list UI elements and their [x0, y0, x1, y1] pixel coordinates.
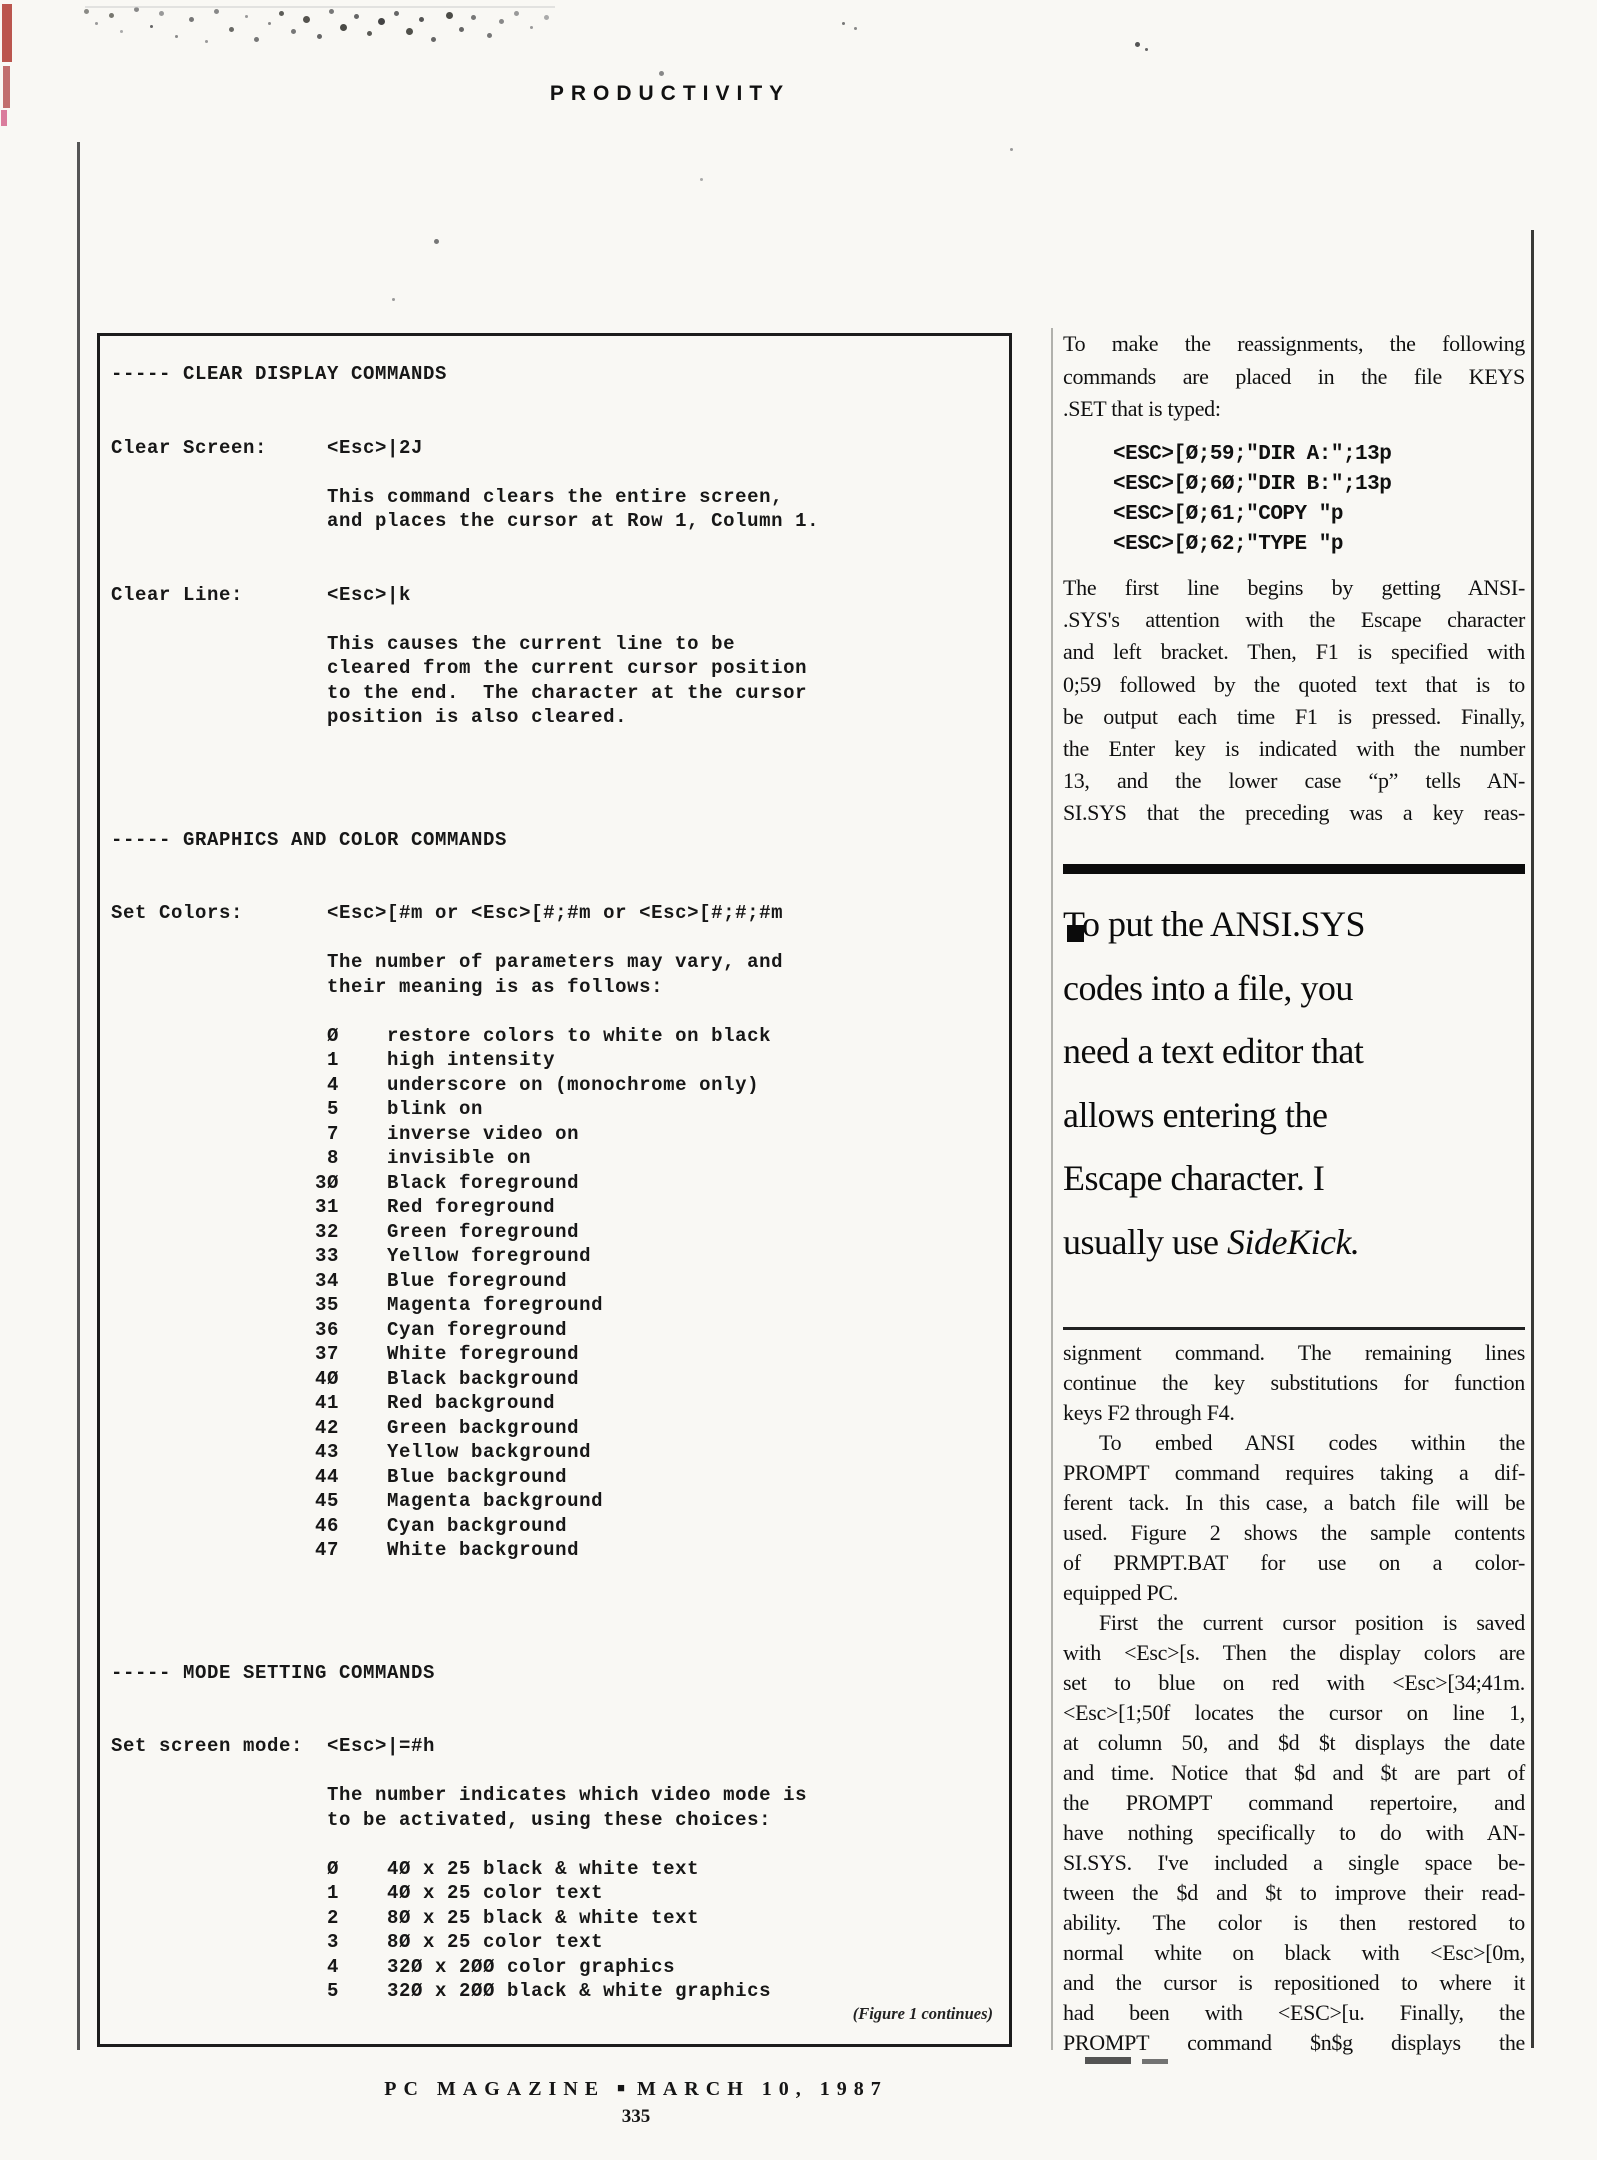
- pull-quote-bottom-rule: [1063, 1327, 1525, 1330]
- paragraph-cursor-position: First the current cursor position is sav…: [1063, 1608, 1525, 2058]
- text-line: normal white on black with <Esc>[0m,: [1063, 1938, 1525, 1968]
- text-line: keys F2 through F4.: [1063, 1398, 1525, 1428]
- scan-smudge: [1085, 2057, 1131, 2064]
- text-line: commands are placed in the file KEYS: [1063, 361, 1525, 394]
- text-line: 0;59 followed by the quoted text that is…: [1063, 669, 1525, 701]
- text-line: and the cursor is repositioned to where …: [1063, 1968, 1525, 1998]
- text-line: <ESC>[Ø;59;"DIR A:";13p: [1113, 440, 1525, 470]
- text-line: the Enter key is indicated with the numb…: [1063, 733, 1525, 765]
- text-line: continue the key substitutions for funct…: [1063, 1368, 1525, 1398]
- text-line: 13, and the lower case “p” tells AN-: [1063, 765, 1525, 797]
- text-line: <ESC>[Ø;61;"COPY "p: [1113, 500, 1525, 530]
- scan-top-hairline: [85, 6, 555, 8]
- text-line: ability. The color is then restored to: [1063, 1908, 1525, 1938]
- text-line: set to blue on red with <Esc>[34;41m.: [1063, 1668, 1525, 1698]
- figure-1-listing: ----- CLEAR DISPLAY COMMANDS Clear Scree…: [111, 362, 819, 2004]
- text-line: equipped PC.: [1063, 1578, 1525, 1608]
- pull-quote-text: usually use: [1063, 1222, 1227, 1262]
- pull-quote-line: usually use SideKick.: [1063, 1211, 1531, 1275]
- right-margin-rule: [1531, 230, 1534, 2048]
- quote-square-icon: [1067, 925, 1084, 942]
- paragraph-embed-ansi: To embed ANSI codes within thePROMPT com…: [1063, 1428, 1525, 1608]
- scan-red-mark: [2, 4, 12, 62]
- scan-red-mark: [1, 110, 7, 126]
- text-line: at column 50, and $d $t displays the dat…: [1063, 1728, 1525, 1758]
- pull-quote-line: need a text editor that: [1063, 1020, 1531, 1084]
- footer-magazine-name: PC MAGAZINE: [384, 2078, 605, 2100]
- text-line: First the current cursor position is sav…: [1063, 1608, 1525, 1638]
- text-line: ferent tack. In this case, a batch file …: [1063, 1488, 1525, 1518]
- text-line: .SYS's attention with the Escape charact…: [1063, 604, 1525, 636]
- text-line: PROMPT command $n$g displays the: [1063, 2028, 1525, 2058]
- text-line: To make the reassignments, the following: [1063, 328, 1525, 361]
- pull-quote-line: To put the ANSI.SYS: [1063, 893, 1531, 957]
- pull-quote-top-rule: [1063, 864, 1525, 874]
- text-line: SI.SYS. I've included a single space be-: [1063, 1848, 1525, 1878]
- paragraph-intro: To make the reassignments, the following…: [1063, 328, 1525, 426]
- figure-1-box: ----- CLEAR DISPLAY COMMANDS Clear Scree…: [97, 333, 1012, 2047]
- text-line: <Esc>[1;50f locates the cursor on line 1…: [1063, 1698, 1525, 1728]
- magazine-page: PRODUCTIVITY ----- CLEAR DISPLAY COMMAND…: [0, 0, 1597, 2160]
- text-line: To embed ANSI codes within the: [1063, 1428, 1525, 1458]
- text-line: have nothing specifically to do with AN-: [1063, 1818, 1525, 1848]
- text-line: <ESC>[Ø;62;"TYPE "p: [1113, 530, 1525, 560]
- pull-quote-line: codes into a file, you: [1063, 957, 1531, 1021]
- text-line: <ESC>[Ø;6Ø;"DIR B:";13p: [1113, 470, 1525, 500]
- footer-date: MARCH 10, 1987: [637, 2078, 888, 2100]
- text-line: used. Figure 2 shows the sample contents: [1063, 1518, 1525, 1548]
- pull-quote-line: Escape character. I: [1063, 1147, 1531, 1211]
- text-line: tween the $d and $t to improve their rea…: [1063, 1878, 1525, 1908]
- page-header-title: PRODUCTIVITY: [70, 82, 1270, 106]
- ansi-key-reassignment-code: <ESC>[Ø;59;"DIR A:";13p<ESC>[Ø;6Ø;"DIR B…: [1063, 440, 1525, 560]
- column-divider-rule: [1051, 328, 1053, 2050]
- text-line: and time. Notice that $d and $t are part…: [1063, 1758, 1525, 1788]
- text-line: of PRMPT.BAT for use on a color-: [1063, 1548, 1525, 1578]
- footer-square-icon: ■: [605, 2080, 637, 2095]
- text-line: had been with <ESC>[u. Finally, the: [1063, 1998, 1525, 2028]
- text-line: be output each time F1 is pressed. Final…: [1063, 701, 1525, 733]
- scan-red-mark: [3, 66, 10, 108]
- text-line: .SET that is typed:: [1063, 393, 1525, 426]
- left-margin-rule: [77, 142, 80, 2050]
- figure-continues-note: (Figure 1 continues): [853, 2004, 993, 2024]
- scan-smudge: [1142, 2059, 1168, 2064]
- sidekick-italic-text: SideKick.: [1227, 1222, 1359, 1262]
- page-number: 335: [236, 2106, 1036, 2128]
- text-line: SI.SYS that the preceding was a key reas…: [1063, 797, 1525, 829]
- paragraph-explanation: The first line begins by getting ANSI-.S…: [1063, 572, 1525, 830]
- text-line: PROMPT command requires taking a dif-: [1063, 1458, 1525, 1488]
- text-line: with <Esc>[s. Then the display colors ar…: [1063, 1638, 1525, 1668]
- text-line: The first line begins by getting ANSI-: [1063, 572, 1525, 604]
- text-line: and left bracket. Then, F1 is specified …: [1063, 636, 1525, 668]
- page-footer: PC MAGAZINE■MARCH 10, 1987: [236, 2078, 1036, 2101]
- scan-noise-speckles: [0, 0, 3, 3]
- pull-quote: To put the ANSI.SYS codes into a file, y…: [1063, 893, 1531, 1274]
- text-line: signment command. The remaining lines: [1063, 1338, 1525, 1368]
- text-line: the PROMPT command repertoire, and: [1063, 1788, 1525, 1818]
- pull-quote-line: allows entering the: [1063, 1084, 1531, 1148]
- paragraph-signment: signment command. The remaining linescon…: [1063, 1338, 1525, 1428]
